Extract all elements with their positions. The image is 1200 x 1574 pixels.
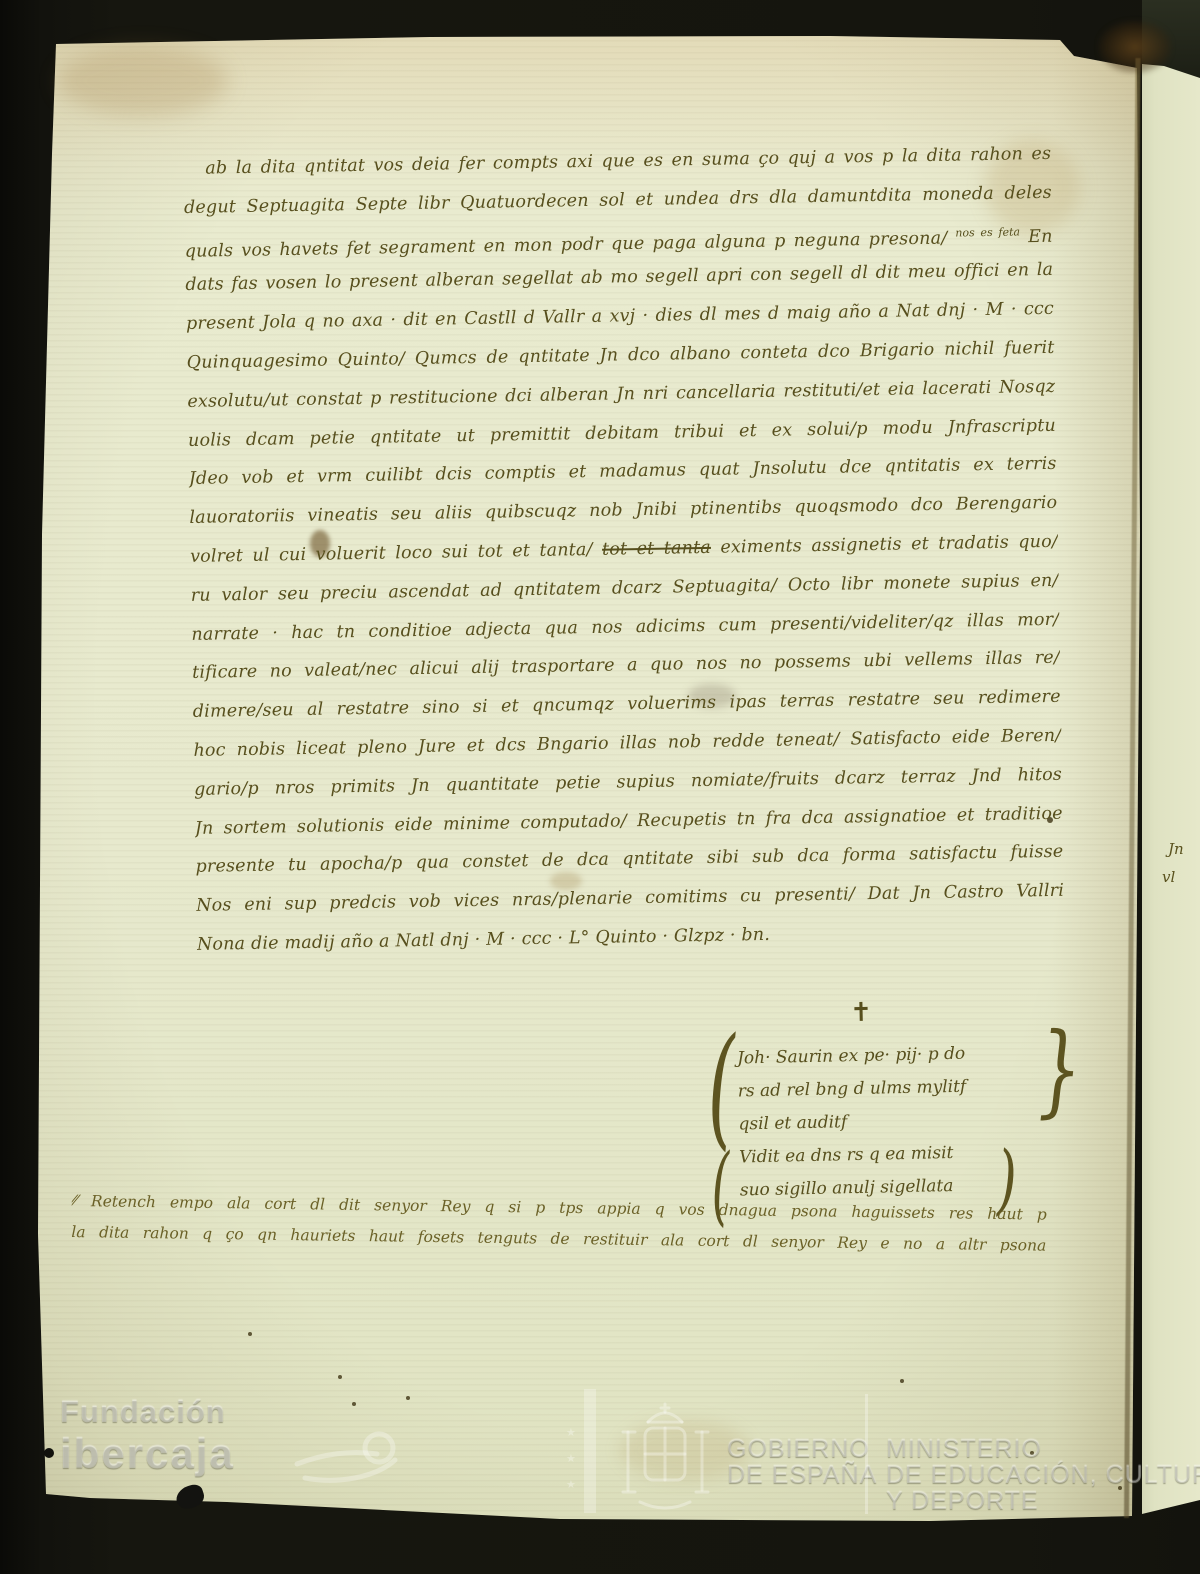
text-run: dats fas vosen lo present alberan segell… [185, 260, 1053, 295]
text-run: la dita rahon q ço qn hauriets haut fose… [71, 1223, 1046, 1255]
text-run: qsil et auditf [738, 1112, 847, 1134]
text-run: Nos eni sup predcis vob vices nras/plena… [196, 881, 1064, 916]
text-run: gario/p nros primits Jn quantitate petie… [194, 765, 1062, 800]
ministerio-line3: Y DEPORTE [886, 1488, 1200, 1514]
speck [406, 1396, 410, 1400]
facing-page-edge [1130, 0, 1200, 1574]
ministerio-watermark: MINISTERIO DE EDUCACIÓN, CULTURA Y DEPOR… [886, 1436, 1200, 1514]
text-run: Jdeo vob et vrm cuilibt dcis comptis et … [189, 454, 1057, 489]
ibercaja-logo-icon [293, 1424, 403, 1490]
foxing-stain [58, 46, 228, 116]
gobierno-line2: DE ESPAÑA [727, 1462, 877, 1488]
ibercaja-watermark-line2: ibercaja [60, 1430, 235, 1478]
text-run: Vidit ea dns rs q ea misit [739, 1143, 954, 1167]
text-run: ab la dita qntitat vos deia fer compts a… [205, 144, 1051, 179]
facing-page-text-fragment: vl [1162, 868, 1175, 886]
text-run: Joh· Saurin ex pe· pij· p do [737, 1044, 965, 1069]
ministerio-line1: MINISTERIO [886, 1436, 1200, 1462]
text-run: rs ad rel bng d ulms mylitf [738, 1077, 967, 1102]
facing-page-paper [1130, 0, 1200, 1574]
text-run: dimere/seu al restatre sino si et qncumq… [193, 687, 1061, 722]
spain-coat-of-arms-icon [620, 1400, 710, 1518]
text-run: narrate · hac tn conditioe adjecta qua n… [191, 609, 1059, 644]
speck [900, 1379, 904, 1383]
sup-text-run: nos es feta [955, 225, 1020, 239]
text-run: uolis dcam petie qntitate ut premittit d… [188, 415, 1056, 450]
facing-page-text-fragment: Jn [1168, 840, 1184, 858]
text-run: eximents assignetis et tradatis quo/ [720, 532, 1058, 558]
text-run: Quinquagesimo Quinto/ Qumcs de qntitate … [187, 338, 1055, 373]
ibercaja-watermark-line1: Fundación [60, 1394, 235, 1430]
brace-right-icon: } [1036, 1019, 1083, 1120]
watermark-divider [865, 1394, 868, 1514]
speck [248, 1332, 252, 1336]
manuscript-text-block: ab la dita qntitat vos deia fer compts a… [183, 135, 1065, 965]
text-run: present Jola q no axa · dit en Castll d … [186, 299, 1054, 334]
manuscript-scan: ab la dita qntitat vos deia fer compts a… [0, 0, 1200, 1574]
text-run: hoc nobis liceat pleno Jure et dcs Bngar… [193, 726, 1061, 761]
struck-text-run: tot et tanta [602, 538, 711, 560]
binding-fiber-tuft [1098, 20, 1172, 74]
brace-left-icon: ( [706, 1021, 737, 1154]
star-icon: ★ [566, 1426, 576, 1439]
text-run: degut Septuagita Septe libr Quatuordecen… [184, 183, 1052, 218]
text-run: Nona die madij año a Natl dnj · M · ccc … [197, 925, 771, 955]
ministerio-line2: DE EDUCACIÓN, CULTURA [886, 1462, 1200, 1488]
text-run: lauoratoriis vineatis seu aliis quibscuq… [189, 493, 1057, 528]
cross-mark: ✝ [850, 998, 872, 1028]
text-run: Jn sortem solutionis eide minime computa… [195, 803, 1063, 838]
gobierno-line1: GOBIERNO [727, 1436, 877, 1462]
speck [338, 1375, 342, 1379]
text-run: tificare no valeat/nec alicui alij trasp… [192, 648, 1060, 683]
star-icon: ★ [566, 1452, 576, 1465]
worm-hole [44, 1448, 54, 1458]
star-icon: ★ [566, 1478, 576, 1491]
gov-logo-bar [584, 1389, 596, 1513]
text-run: presente tu apocha/p qua constet de dca … [195, 842, 1063, 877]
signature-lines: Joh· Saurin ex pe· pij· p do rs ad rel b… [737, 1036, 1040, 1207]
ibercaja-watermark: Fundación ibercaja [60, 1394, 235, 1478]
text-run: volret ul cui voluerit loco sui tot et t… [190, 540, 593, 567]
text-run: ru valor seu preciu ascendat ad qntitate… [191, 571, 1059, 606]
gobierno-watermark: GOBIERNO DE ESPAÑA [727, 1436, 877, 1488]
speck [352, 1402, 356, 1406]
text-run: exsolutu/ut constat p restitucione dci a… [187, 377, 1055, 412]
